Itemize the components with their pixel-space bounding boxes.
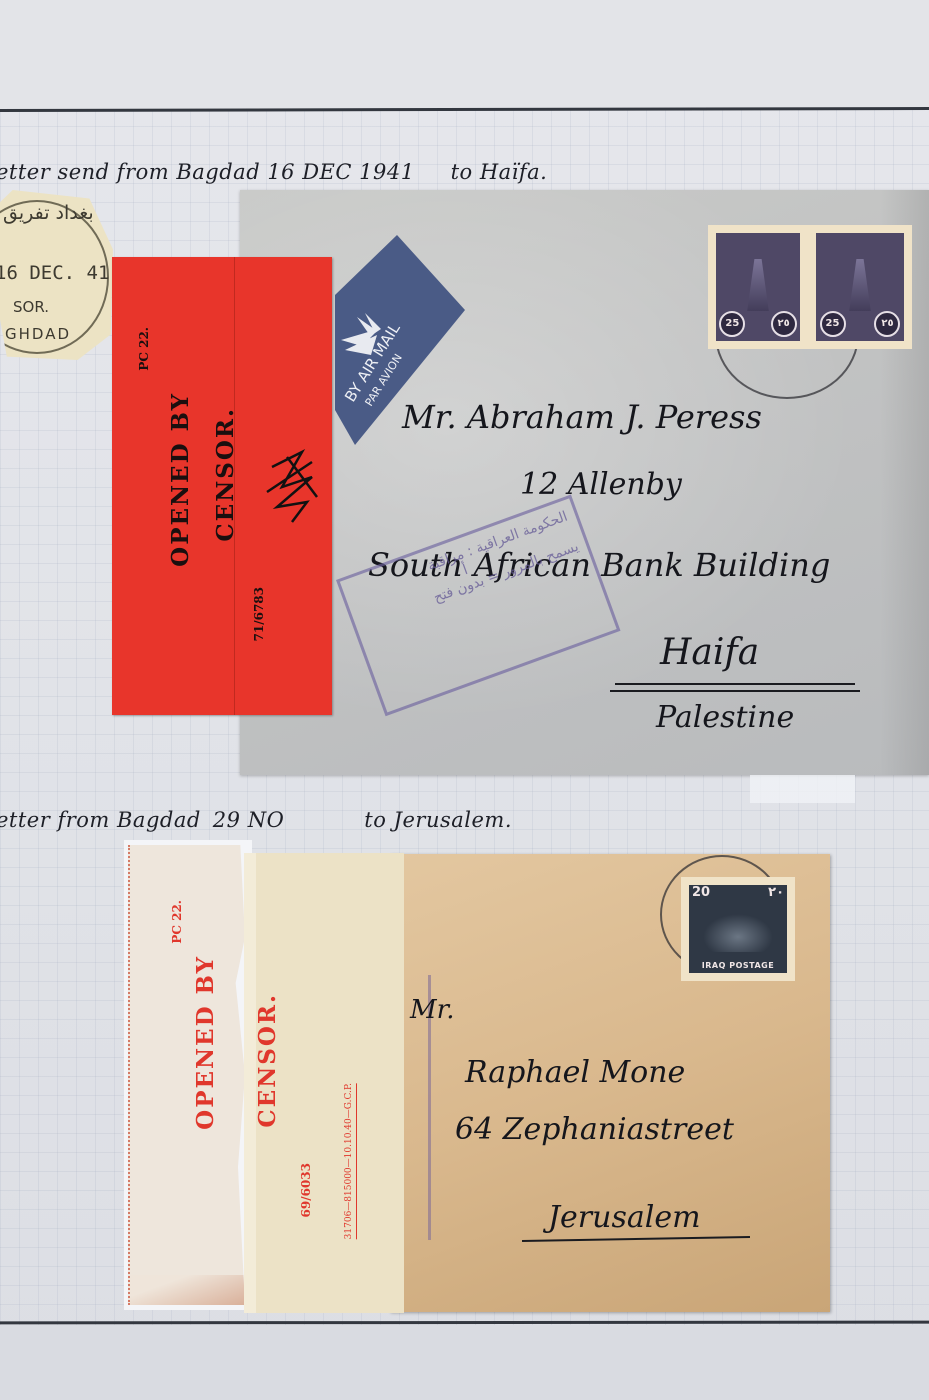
stamp-iraq-25-fils-right: 25٢٥ bbox=[810, 227, 910, 347]
address-1-street: 12 Allenby bbox=[520, 467, 682, 502]
top-ruled-line bbox=[0, 107, 929, 112]
stamp-value: 25 bbox=[820, 311, 846, 337]
cancel-arabic: بغداد تفريق bbox=[3, 202, 94, 224]
label-serial: 71/6783 bbox=[252, 587, 266, 641]
city-underline-1 bbox=[615, 683, 855, 685]
album-hinge-mark bbox=[750, 775, 855, 803]
caption-1-text: etter send from Bagdad 16 DEC 1941 bbox=[0, 160, 415, 184]
city-underline-2 bbox=[610, 690, 860, 692]
white-censor-label-right: CENSOR. 69/6033 31706—815000—10.10.40—G.… bbox=[244, 853, 404, 1313]
stamp-value-arabic: ٢٠ bbox=[768, 885, 784, 900]
address-1-country: Palestine bbox=[656, 700, 794, 735]
label-2-serial: 69/6033 bbox=[299, 1163, 313, 1217]
signature-icon bbox=[262, 447, 322, 527]
stamp-iraq-20-fils: 20٢٠ IRAQ POSTAGE bbox=[683, 879, 793, 979]
minaret-icon bbox=[740, 259, 776, 311]
red-censor-label: PC 22. OPENED BY CENSOR. 71/6783 bbox=[112, 257, 332, 715]
cancel-line: SOR. bbox=[13, 298, 49, 316]
lion-icon bbox=[703, 914, 773, 952]
address-2-street: 64 Zephaniastreet bbox=[455, 1112, 734, 1147]
stamp-value-arabic: ٢٥ bbox=[771, 311, 797, 337]
caption-2-date: 29 NO bbox=[213, 808, 285, 832]
stamp-iraq-25-fils-left: 25٢٥ bbox=[710, 227, 806, 347]
caption-1-destination: to Haïfa. bbox=[451, 160, 548, 184]
cancel-city: GHDAD bbox=[5, 325, 71, 343]
stamp-country: IRAQ POSTAGE bbox=[702, 961, 774, 973]
minaret-icon bbox=[842, 259, 878, 311]
bottom-ruled-line bbox=[0, 1321, 929, 1325]
label-2-code: PC 22. bbox=[170, 900, 184, 944]
address-2-city: Jerusalem bbox=[548, 1200, 701, 1235]
caption-entry-2: etter from Bagdad29 NOto Jerusalem. bbox=[0, 808, 512, 832]
address-1-name: Mr. Abraham J. Peress bbox=[402, 398, 762, 436]
label-2-printer-line: 31706—815000—10.10.40—G.C.P. bbox=[344, 1083, 357, 1239]
label-corner bbox=[130, 1275, 245, 1305]
caption-entry-1: etter send from Bagdad 16 DEC 1941to Haï… bbox=[0, 160, 547, 184]
caption-2-destination: to Jerusalem. bbox=[364, 808, 512, 832]
page-bottom-margin bbox=[0, 1325, 929, 1400]
cancel-piece: بغداد تفريق 16 DEC. 41 SOR. GHDAD bbox=[0, 190, 113, 360]
stamp-value: 25 bbox=[719, 311, 745, 337]
stamp-value-arabic: ٢٥ bbox=[874, 311, 900, 337]
address-2-salutation: Mr. bbox=[410, 995, 454, 1025]
address-2-name: Raphael Mone bbox=[465, 1055, 685, 1090]
label-2-line-1: OPENED BY bbox=[192, 955, 219, 1130]
cancel-date: 16 DEC. 41 bbox=[0, 262, 109, 284]
label-line-2: CENSOR. bbox=[212, 407, 239, 542]
caption-2-text: etter from Bagdad bbox=[0, 808, 201, 832]
stamp-value: 20 bbox=[692, 885, 710, 900]
white-censor-label-left: PC 22. OPENED BY bbox=[128, 845, 245, 1305]
label-2-line-2: CENSOR. bbox=[254, 993, 281, 1128]
page-top-margin bbox=[0, 0, 929, 110]
album-page: etter send from Bagdad 16 DEC 1941to Haï… bbox=[0, 0, 929, 1400]
label-line-1: OPENED BY bbox=[167, 392, 194, 567]
address-1-city: Haifa bbox=[660, 632, 759, 673]
label-code: PC 22. bbox=[137, 327, 151, 371]
